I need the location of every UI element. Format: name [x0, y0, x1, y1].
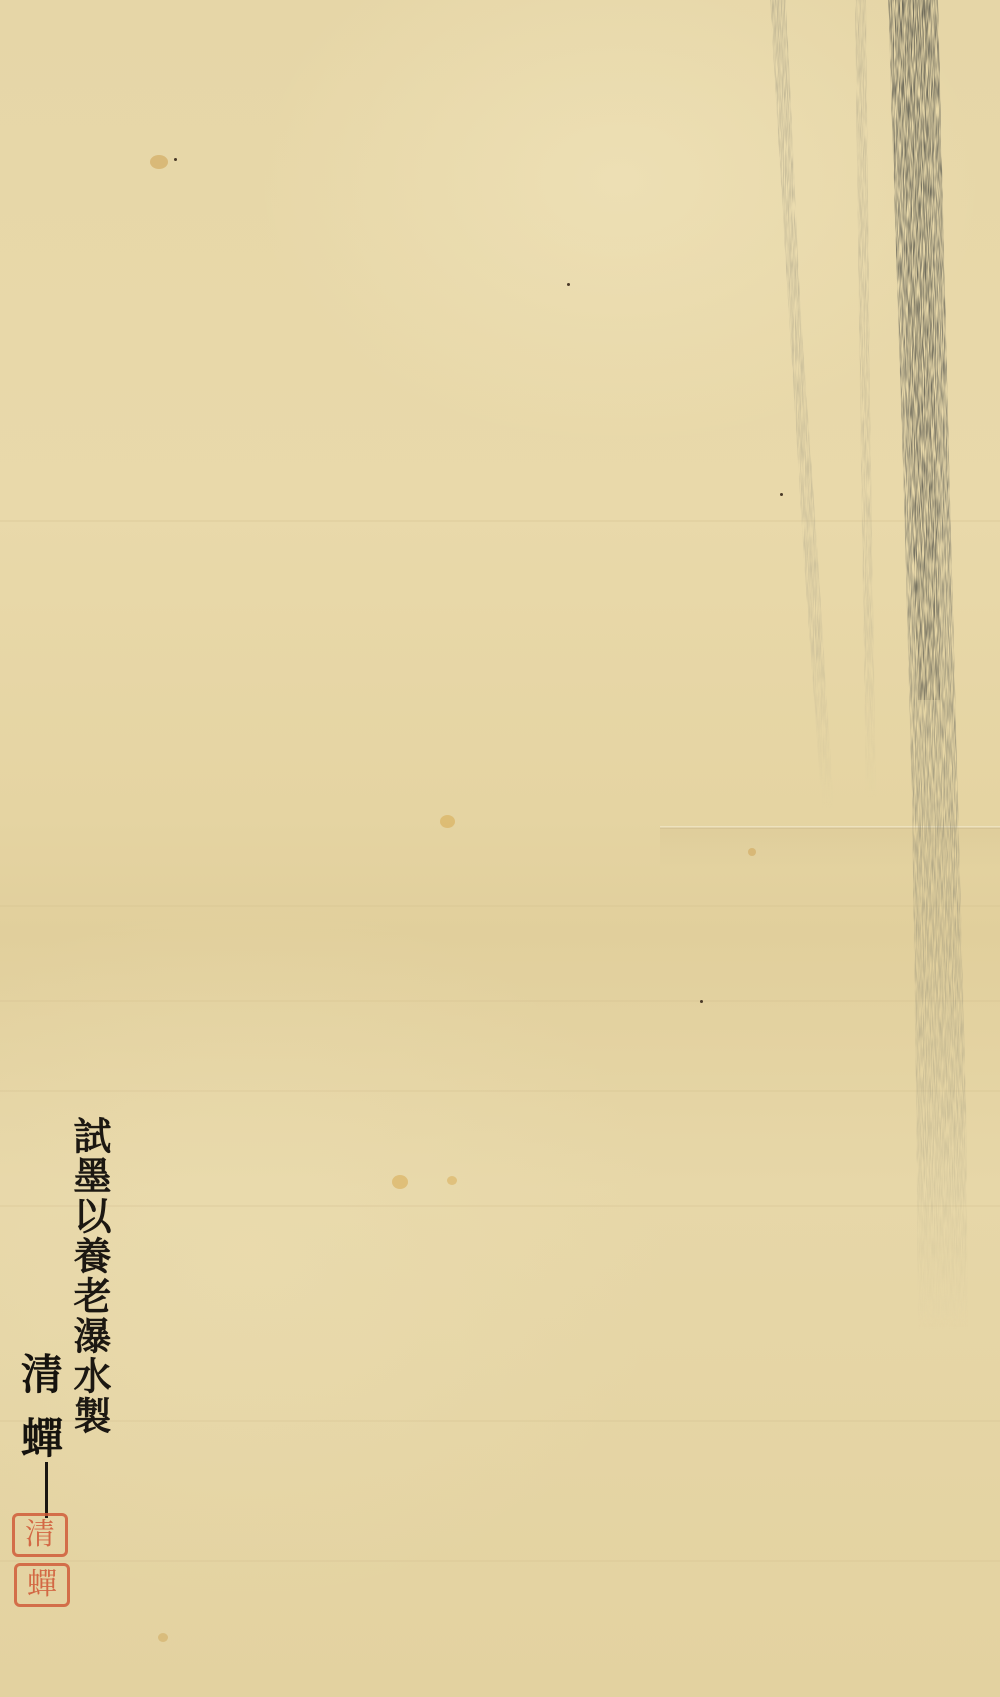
main-dark-stroke [888, 0, 968, 1330]
artist-seal-2: 蟬 [14, 1563, 70, 1607]
paper-speck [780, 493, 783, 496]
hanging-scroll: 試墨以養老瀑水製 清蟬 清 蟬 [0, 0, 1000, 1697]
paper-stain [158, 1633, 168, 1642]
paper-stain [748, 848, 756, 856]
paper-speck [700, 1000, 703, 1003]
paper-speck [174, 158, 177, 161]
artist-signature: 清蟬 [14, 1352, 62, 1480]
paper-stain [150, 155, 168, 169]
artist-seal-1: 清 [12, 1513, 68, 1557]
signature-tail-stroke [45, 1462, 48, 1518]
paper-stain [440, 815, 455, 828]
paper-stain [447, 1176, 457, 1185]
paper-stain [392, 1175, 408, 1189]
faint-mid-stroke [855, 0, 876, 800]
faint-left-stroke [770, 0, 834, 810]
paper-speck [567, 283, 570, 286]
calligraphy-inscription: 試墨以養老瀑水製 [62, 1116, 110, 1436]
waterfall-brush-strokes [0, 0, 1000, 1697]
